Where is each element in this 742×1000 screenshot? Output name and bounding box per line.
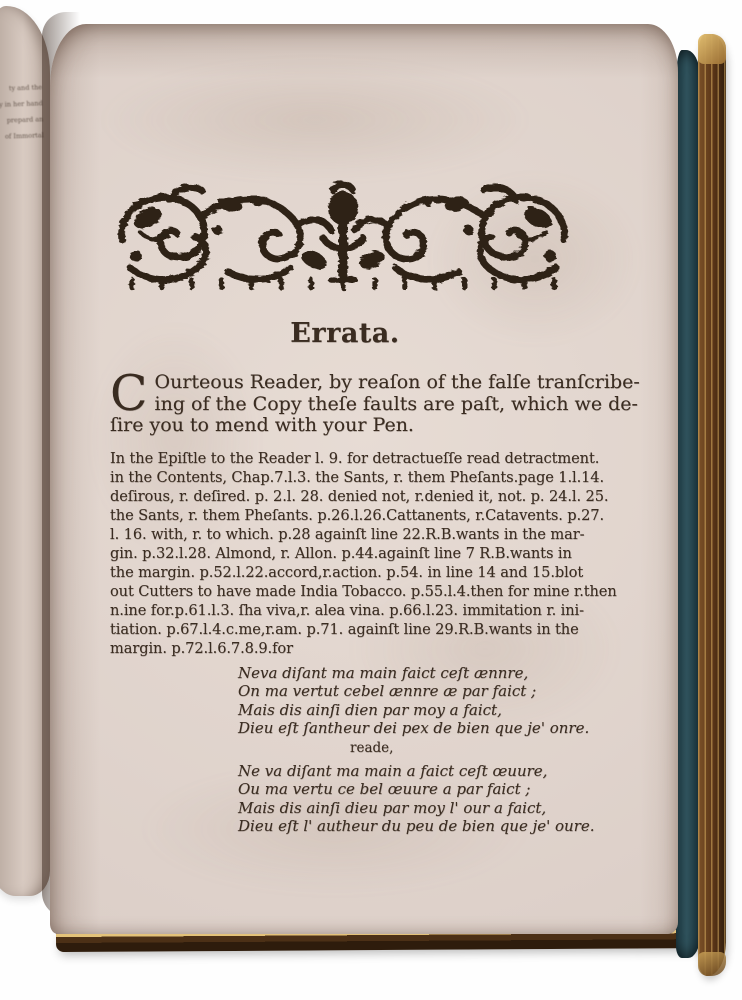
text-line: in the Contents, Chap.7.l.3. the Sants, …: [110, 468, 632, 487]
text-line: of Immortal: [0, 127, 44, 145]
text-line: Mais dis ainſi dien par moy a faict,: [238, 701, 632, 720]
errata-page: Errata. C Ourteous Reader, by reaſon of …: [50, 24, 678, 934]
text-line: prepard an: [0, 111, 44, 129]
gilt-top-cap: [698, 34, 726, 64]
text-line: deſirous, r. deſired. p. 2.l. 28. denied…: [110, 487, 632, 506]
text-line: Neva diſant ma main faict ceſt ænnre,: [238, 664, 632, 683]
text-line: ty and the: [0, 79, 42, 97]
text-line: Mais dis ainſi dieu par moy l' our a fai…: [238, 799, 632, 818]
book-photograph: ty and they in her handprepard anof Immo…: [0, 0, 742, 1000]
text-line: gin. p.32.l.28. Almond, r. Allon. p.44.a…: [110, 544, 632, 563]
text-line: the margin. p.52.l.22.accord,r.action. p…: [110, 563, 632, 582]
leather-spine-edge: [698, 34, 726, 976]
text-line: Dieu eſt ſantheur dei pex de bien que je…: [238, 719, 632, 738]
text-line: Ne va diſant ma main a faict ceſt œuure,: [238, 762, 632, 781]
text-line: the Sants, r. them Pheſants. p.26.l.26.C…: [110, 506, 632, 525]
text-line: In the Epiſtle to the Reader l. 9. for d…: [110, 449, 632, 468]
text-line: ing of the Copy theſe faults are paſt, w…: [110, 394, 632, 416]
intro-paragraph: C Ourteous Reader, by reaſon of the falſ…: [110, 372, 632, 437]
page-title: Errata.: [84, 318, 606, 350]
text-line: Ou ma vertu ce bel œuure a par faict ;: [238, 780, 632, 799]
text-line: Dieu eſt l' autheur du peu de bien que j…: [238, 817, 632, 836]
text-line: out Cutters to have made India Tobacco. …: [110, 582, 632, 601]
verse-erroneous: Neva diſant ma main faict ceſt ænnre,On …: [110, 664, 632, 738]
drop-cap-initial: C: [110, 372, 155, 414]
text-line: ſire you to mend with your Pen.: [110, 415, 632, 437]
text-line: Ourteous Reader, by reaſon of the falſe …: [110, 372, 632, 394]
text-line: tiation. p.67.l.4.c.me,r.am. p.71. again…: [110, 620, 632, 639]
verse-corrected: Ne va diſant ma main a faict ceſt œuure,…: [110, 762, 632, 836]
text-line: l. 16. with, r. to which. p.28 againſt l…: [110, 525, 632, 544]
text-block: Errata. C Ourteous Reader, by reaſon of …: [110, 24, 632, 836]
gilt-bottom-cap: [698, 952, 726, 976]
text-line: On ma vertut cebel ænnre æ par faict ;: [238, 682, 632, 701]
woodcut-headpiece-ornament: [110, 180, 576, 294]
previous-page-text-fragments: ty and they in her handprepard anof Immo…: [0, 79, 44, 144]
headpiece-ornament-icon: [110, 180, 576, 294]
intro-lines: Ourteous Reader, by reaſon of the falſe …: [110, 372, 632, 437]
text-line: y in her hand: [0, 95, 43, 113]
errata-list: In the Epiſtle to the Reader l. 9. for d…: [110, 449, 632, 658]
text-line: n.ine for.p.61.l.3. ſha viva,r. alea vin…: [110, 601, 632, 620]
text-line: margin. p.72.l.6.7.8.9.for: [110, 639, 632, 658]
teal-cover-edge: [676, 50, 700, 958]
reade-label: reade,: [110, 740, 632, 756]
